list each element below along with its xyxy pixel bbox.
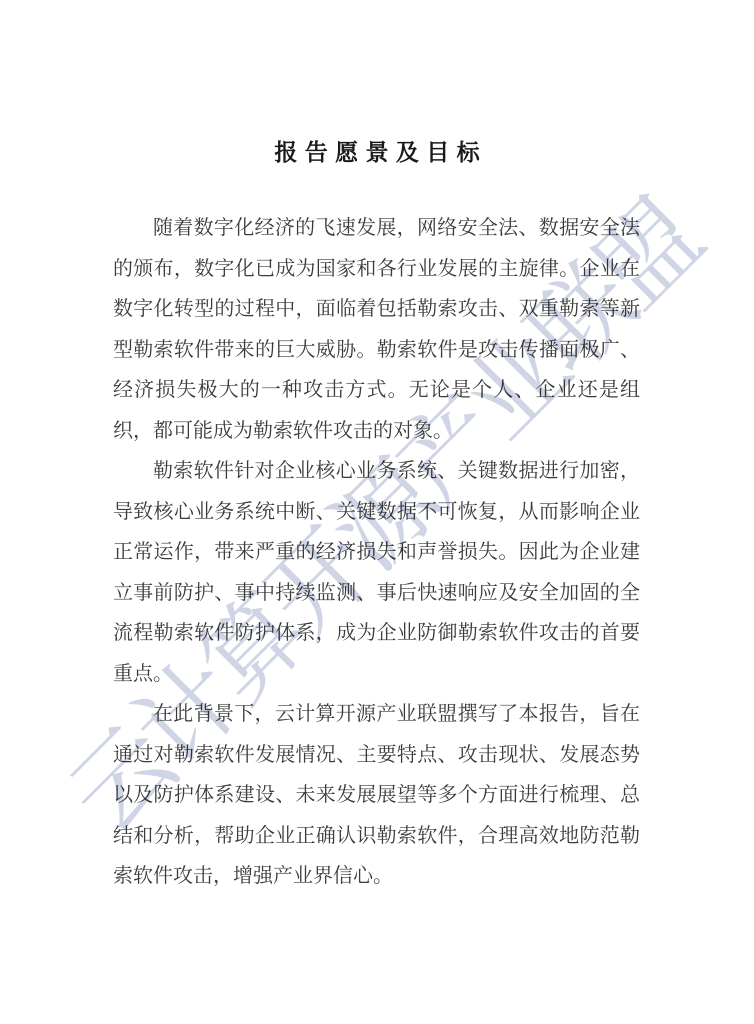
document-body: 随着数字化经济的飞速发展，网络安全法、数据安全法的颁布，数字化已成为国家和各行业… (113, 208, 640, 897)
paragraph: 勒索软件针对企业核心业务系统、关键数据进行加密，导致核心业务系统中断、关键数据不… (113, 451, 640, 694)
paragraph: 随着数字化经济的飞速发展，网络安全法、数据安全法的颁布，数字化已成为国家和各行业… (113, 208, 640, 451)
document-page: 云计算开源产业联盟 报告愿景及目标 随着数字化经济的飞速发展，网络安全法、数据安… (0, 0, 754, 1024)
paragraph: 在此背景下，云计算开源产业联盟撰写了本报告，旨在通过对勒索软件发展情况、主要特点… (113, 694, 640, 897)
page-title: 报告愿景及目标 (0, 134, 754, 167)
